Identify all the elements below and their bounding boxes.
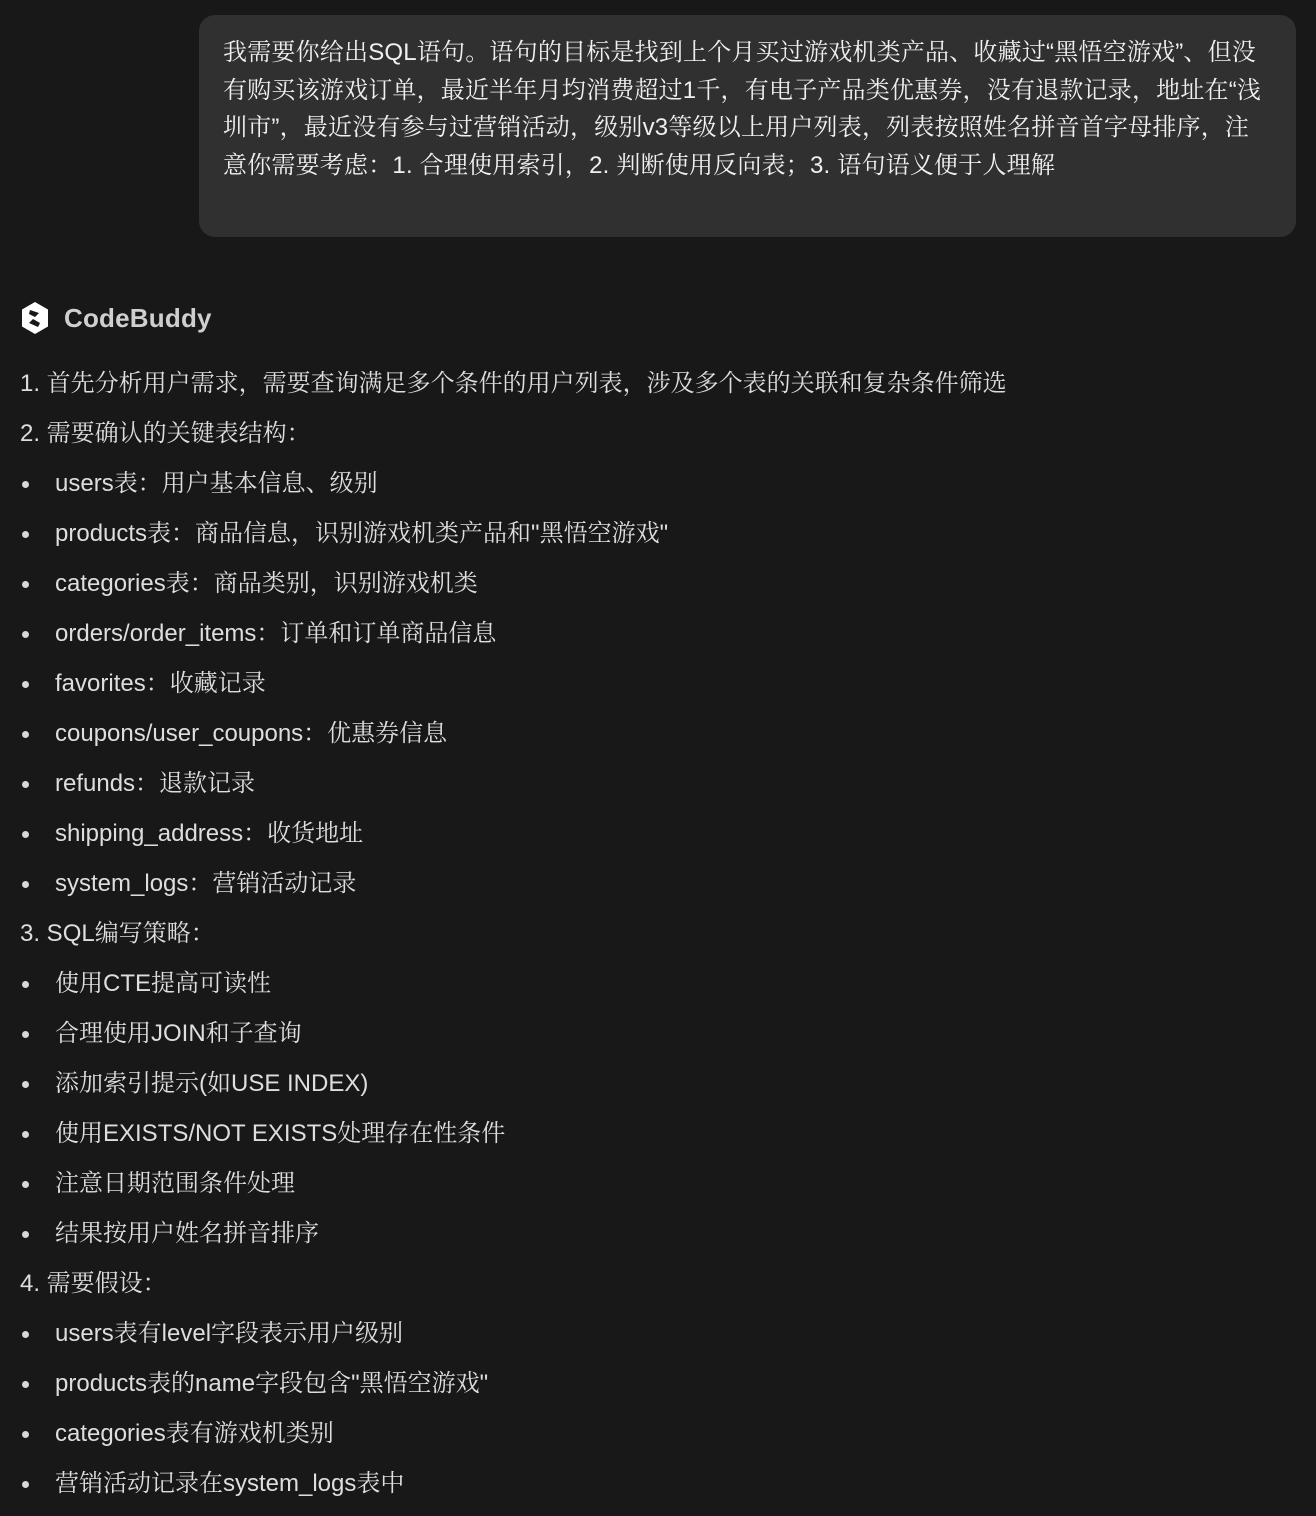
bullet-icon	[22, 1431, 29, 1438]
bullet-icon	[22, 831, 29, 838]
bullet-icon	[22, 1331, 29, 1338]
line-text: products表的name字段包含"黑悟空游戏"	[55, 1370, 488, 1397]
list-item: 营销活动记录在system_logs表中	[20, 1459, 1296, 1509]
line-text: system_logs：营销活动记录	[55, 870, 356, 897]
list-item: products表的name字段包含"黑悟空游戏"	[20, 1359, 1296, 1409]
list-item: 结果按用户姓名拼音排序	[20, 1209, 1296, 1259]
line-text: shipping_address：收货地址	[55, 820, 363, 847]
line-text: 添加索引提示(如USE INDEX)	[55, 1070, 368, 1097]
list-item: users表有level字段表示用户级别	[20, 1309, 1296, 1359]
list-item: categories表有游戏机类别	[20, 1409, 1296, 1459]
line-text: 合理使用JOIN和子查询	[55, 1020, 302, 1047]
list-item: products表：商品信息，识别游戏机类产品和"黑悟空游戏"	[20, 509, 1296, 559]
line-text: categories表有游戏机类别	[55, 1420, 334, 1447]
bullet-icon	[22, 781, 29, 788]
numbered-heading: 4. 需要假设：	[20, 1259, 1296, 1309]
assistant-response: 1. 首先分析用户需求，需要查询满足多个条件的用户列表，涉及多个表的关联和复杂条…	[20, 359, 1296, 1509]
line-text: 营销活动记录在system_logs表中	[55, 1470, 404, 1497]
line-text: refunds：退款记录	[55, 770, 255, 797]
user-message-bubble: 我需要你给出SQL语句。语句的目标是找到上个月买过游戏机类产品、收藏过“黑悟空游…	[199, 15, 1296, 237]
bullet-icon	[22, 1381, 29, 1388]
bullet-icon	[22, 1131, 29, 1138]
assistant-header: CodeBuddy	[20, 300, 212, 336]
bullet-icon	[22, 1231, 29, 1238]
numbered-heading: 2. 需要确认的关键表结构：	[20, 409, 1296, 459]
line-text: coupons/user_coupons：优惠券信息	[55, 720, 447, 747]
bullet-icon	[22, 1481, 29, 1488]
numbered-heading: 1. 首先分析用户需求，需要查询满足多个条件的用户列表，涉及多个表的关联和复杂条…	[20, 359, 1296, 409]
bullet-icon	[22, 481, 29, 488]
line-text: orders/order_items：订单和订单商品信息	[55, 620, 496, 647]
line-text: 4. 需要假设：	[20, 1270, 167, 1297]
codebuddy-logo-icon	[20, 301, 50, 335]
list-item: users表：用户基本信息、级别	[20, 459, 1296, 509]
bullet-icon	[22, 1031, 29, 1038]
line-text: 注意日期范围条件处理	[55, 1170, 295, 1197]
bullet-icon	[22, 681, 29, 688]
line-text: 结果按用户姓名拼音排序	[55, 1220, 319, 1247]
line-text: users表：用户基本信息、级别	[55, 470, 378, 497]
list-item: 添加索引提示(如USE INDEX)	[20, 1059, 1296, 1109]
line-text: users表有level字段表示用户级别	[55, 1320, 403, 1347]
bullet-icon	[22, 531, 29, 538]
line-text: 使用CTE提高可读性	[55, 970, 271, 997]
line-text: favorites：收藏记录	[55, 670, 266, 697]
numbered-heading: 3. SQL编写策略：	[20, 909, 1296, 959]
line-text: 2. 需要确认的关键表结构：	[20, 420, 311, 447]
bullet-icon	[22, 881, 29, 888]
bullet-icon	[22, 981, 29, 988]
user-message-text: 我需要你给出SQL语句。语句的目标是找到上个月买过游戏机类产品、收藏过“黑悟空游…	[223, 39, 1261, 179]
line-text: categories表：商品类别，识别游戏机类	[55, 570, 478, 597]
line-text: 3. SQL编写策略：	[20, 920, 215, 947]
assistant-name: CodeBuddy	[64, 303, 212, 334]
list-item: categories表：商品类别，识别游戏机类	[20, 559, 1296, 609]
bullet-icon	[22, 1181, 29, 1188]
list-item: shipping_address：收货地址	[20, 809, 1296, 859]
list-item: coupons/user_coupons：优惠券信息	[20, 709, 1296, 759]
bullet-icon	[22, 581, 29, 588]
list-item: 合理使用JOIN和子查询	[20, 1009, 1296, 1059]
list-item: system_logs：营销活动记录	[20, 859, 1296, 909]
line-text: 1. 首先分析用户需求，需要查询满足多个条件的用户列表，涉及多个表的关联和复杂条…	[20, 370, 1007, 397]
bullet-icon	[22, 1081, 29, 1088]
list-item: orders/order_items：订单和订单商品信息	[20, 609, 1296, 659]
list-item: 使用CTE提高可读性	[20, 959, 1296, 1009]
list-item: 使用EXISTS/NOT EXISTS处理存在性条件	[20, 1109, 1296, 1159]
list-item: favorites：收藏记录	[20, 659, 1296, 709]
list-item: refunds：退款记录	[20, 759, 1296, 809]
list-item: 注意日期范围条件处理	[20, 1159, 1296, 1209]
bullet-icon	[22, 731, 29, 738]
line-text: 使用EXISTS/NOT EXISTS处理存在性条件	[55, 1120, 505, 1147]
line-text: products表：商品信息，识别游戏机类产品和"黑悟空游戏"	[55, 520, 668, 547]
bullet-icon	[22, 631, 29, 638]
